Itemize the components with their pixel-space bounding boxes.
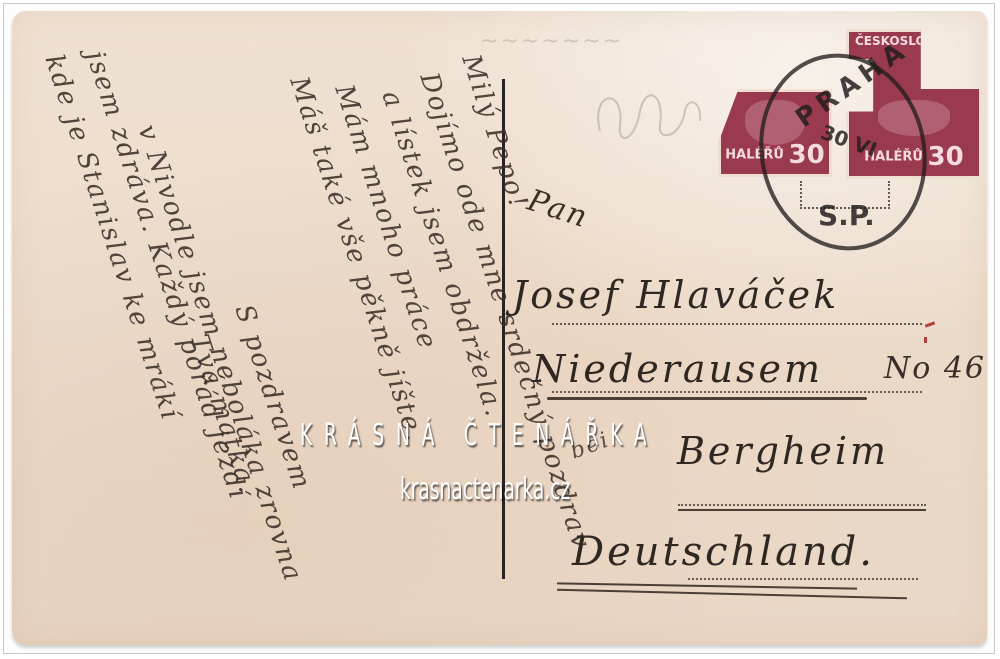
stamp-country: ČESKOSLOVENSKO bbox=[855, 34, 980, 48]
address-line-4 bbox=[688, 578, 918, 580]
address-number: No 46. bbox=[884, 351, 987, 386]
red-ink-mark bbox=[924, 337, 927, 343]
address-name: Josef Hlaváček bbox=[512, 273, 839, 317]
pencil-loops bbox=[590, 81, 710, 151]
country-underline-2 bbox=[557, 589, 907, 600]
watermark-url: krasnactenarka.cz bbox=[400, 472, 570, 507]
town-underline bbox=[678, 509, 926, 511]
message-line: jsem zdráva. Každý pořád jezdí bbox=[79, 47, 253, 503]
postmark-date-box bbox=[800, 181, 890, 209]
pencil-scribble: ~~~~~~~ bbox=[480, 29, 623, 54]
address-line-1 bbox=[552, 323, 922, 325]
watermark-title: KRÁSNÁ ČTENÁŘKA bbox=[300, 418, 658, 453]
red-ink-mark bbox=[925, 321, 935, 327]
address-town: Bergheim bbox=[677, 429, 889, 473]
address-line-3 bbox=[678, 504, 926, 506]
address-street: Niederausem bbox=[532, 347, 823, 391]
postcard: ~~~~~~~ Milý Pepo! Dojímo ode mne srdečn… bbox=[12, 11, 987, 645]
address-line-2 bbox=[552, 391, 922, 393]
country-underline-1 bbox=[557, 582, 857, 589]
address-country: Deutschland. bbox=[572, 529, 875, 575]
address-salutation: Pan bbox=[523, 183, 593, 235]
street-underline bbox=[547, 397, 867, 400]
